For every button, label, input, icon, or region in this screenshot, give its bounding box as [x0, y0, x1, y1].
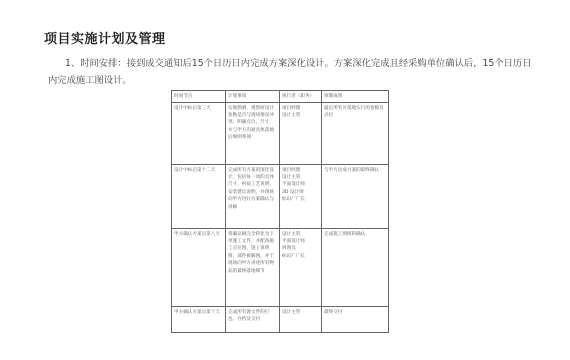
cell-result: 完成施工图纸的确认	[322, 229, 389, 307]
cell-executor: 设计主管	[280, 307, 322, 333]
cell-executor: 项目经理 设计主管 平面设计师 3D 设计师 标识厂厂长	[280, 165, 322, 229]
cell-task: 完成所有源文件的打包、存档及交付	[226, 307, 280, 333]
cell-executor: 项目经理 设计主管	[280, 103, 322, 165]
table-header-row: 时间节点 计划事项 执行者（职务） 预期成果	[172, 91, 389, 103]
header-task: 计划事项	[226, 91, 280, 103]
cell-result: 敲定所有可落地实行的参数及点位	[322, 103, 389, 165]
table-row: 甲方确认方案后第八天 将确认稿完全转化为下单施工文件，并配备施工点位图、施工说明…	[172, 229, 389, 307]
header-time: 时间节点	[172, 91, 226, 103]
cell-time: 甲方确认方案后第八天	[172, 229, 226, 307]
header-executor: 执行者（职务）	[280, 91, 322, 103]
schedule-paragraph: 1、时间安排：接到成交通知后15个日历日内完成方案深化设计。方案深化完成且经采购…	[48, 55, 538, 89]
table-row: 甲方确认方案后第十天 完成所有源文件的打包、存档及交付 设计主管 最终交付	[172, 307, 389, 333]
cell-time: 甲方确认方案后第十天	[172, 307, 226, 333]
table-row: 设计中标后第十二天 完成所有方案的深化设计，包括每一项的具体尺寸，材质工艺说明，…	[172, 165, 389, 229]
section-title: 项目实施计划及管理	[44, 28, 166, 47]
cell-time: 设计中标后第三天	[172, 103, 226, 165]
cell-result: 与甲方达成方案的最终确认	[322, 165, 389, 229]
cell-time: 设计中标后第十二天	[172, 165, 226, 229]
cell-result: 最终交付	[322, 307, 389, 333]
header-result: 预期成果	[322, 91, 389, 103]
implementation-plan-table: 时间节点 计划事项 执行者（职务） 预期成果 设计中标后第三天 实地勘测，观察原…	[171, 90, 389, 333]
cell-task: 实地勘测，观察原设计参数是否与现场情况冲突；明确点位、尺寸，并与甲方沟通具体落地…	[226, 103, 280, 165]
cell-task: 将确认稿完全转化为下单施工文件，并配备施工点位图、施工说明图，部件拆解图，并于现…	[226, 229, 280, 307]
cell-task: 完成所有方案的深化设计，包括每一项的具体尺寸，材质工艺说明，安装建议说明，并现场…	[226, 165, 280, 229]
cell-executor: 设计主管 平面设计师 拆图员 标识厂厂长	[280, 229, 322, 307]
table-row: 设计中标后第三天 实地勘测，观察原设计参数是否与现场情况冲突；明确点位、尺寸，并…	[172, 103, 389, 165]
